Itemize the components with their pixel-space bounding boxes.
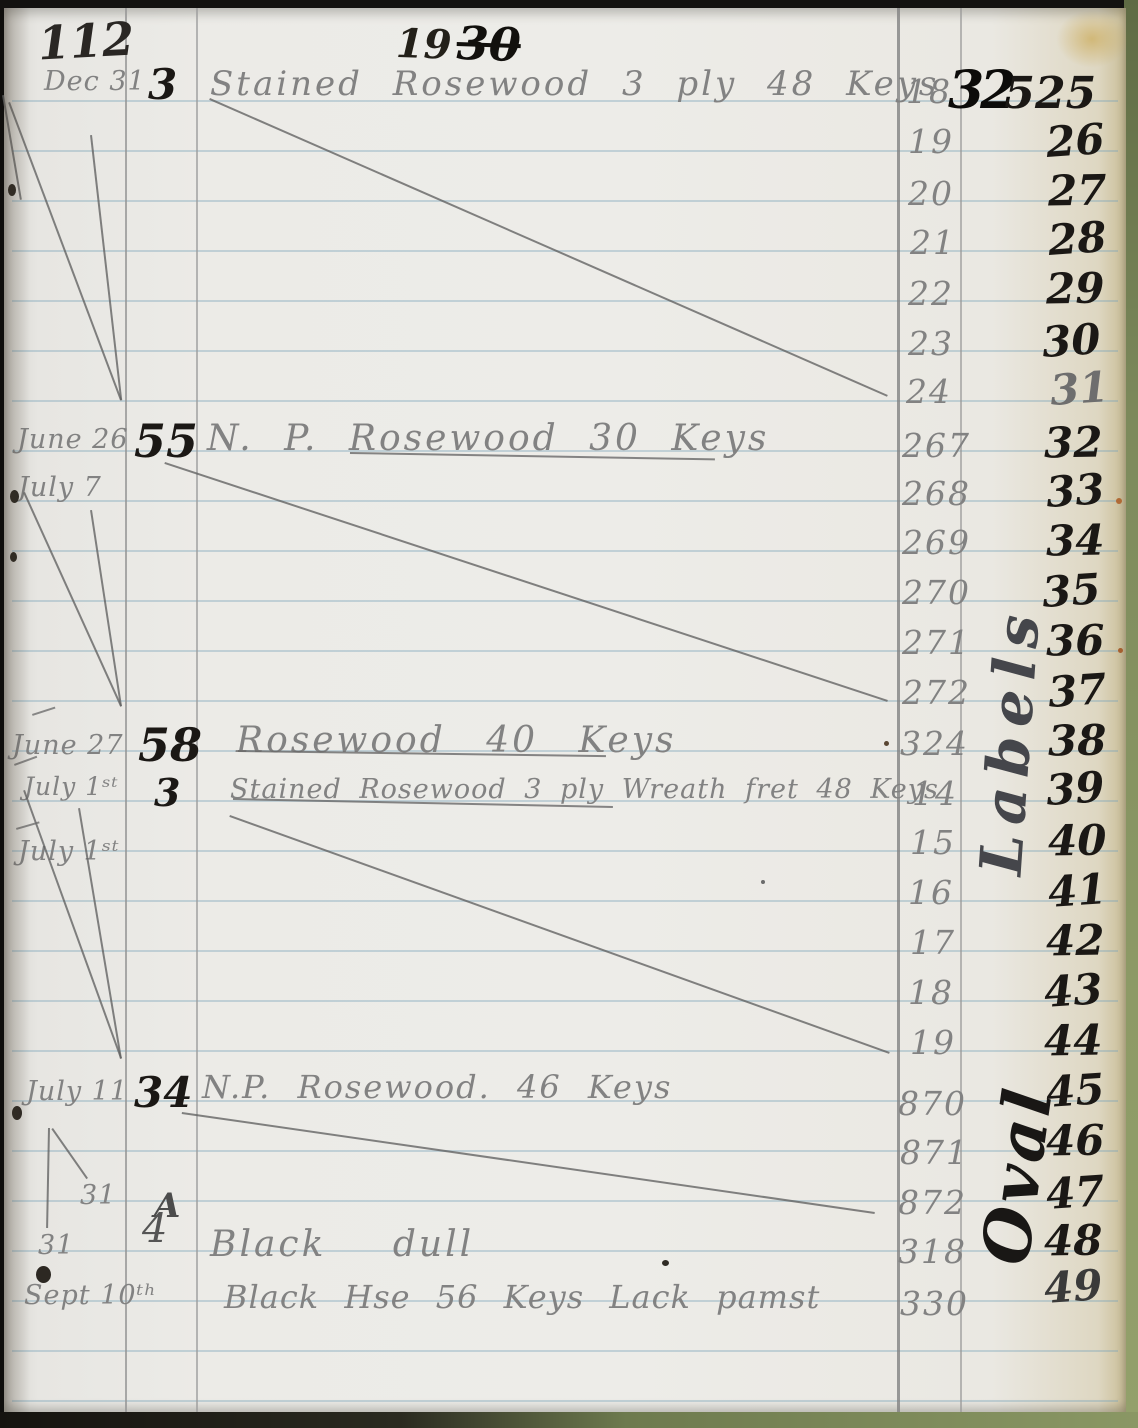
ledger-date: July 1ˢᵗ xyxy=(24,772,119,801)
serial-number: 23 xyxy=(908,324,954,363)
serial-number: 17 xyxy=(910,923,956,962)
ledger-date: Sept 10ᵗʰ xyxy=(24,1280,157,1311)
ditto-dash xyxy=(32,707,55,716)
serial-number: 22 xyxy=(908,274,954,313)
row-number: 36 xyxy=(1046,615,1105,665)
year-prefix: 19 xyxy=(395,20,452,69)
serial-number: 318 xyxy=(898,1232,967,1271)
binding-hole xyxy=(36,1266,51,1283)
serial-number: 324 xyxy=(900,724,969,763)
column-rule-date xyxy=(125,8,127,1412)
row-number: 37 xyxy=(1046,664,1108,717)
ruled-line xyxy=(12,400,1118,402)
row-number: 38 xyxy=(1048,715,1107,765)
row-number: 41 xyxy=(1046,864,1108,917)
binding-hole xyxy=(10,490,19,503)
ledger-date: June 26 xyxy=(17,424,129,455)
serial-number: 14 xyxy=(912,774,958,813)
serial-number: 871 xyxy=(900,1133,969,1172)
scan-bottom-edge xyxy=(0,1412,1138,1428)
serial-number: 870 xyxy=(898,1084,967,1123)
page-number: 112 xyxy=(37,12,136,71)
row-number: 40 xyxy=(1048,815,1107,865)
ink-fleck xyxy=(662,1260,669,1266)
row-number: 28 xyxy=(1046,212,1108,265)
row-number: 49 xyxy=(1042,1260,1104,1313)
serial-number: 24 xyxy=(906,372,952,411)
row-number: 44 xyxy=(1044,1015,1103,1065)
serial-number: 18 xyxy=(908,973,954,1012)
ledger-date: July 1ˢᵗ xyxy=(18,836,120,867)
pencil-line-margin xyxy=(2,95,22,200)
column-rule-quantity xyxy=(196,8,198,1412)
row-number: 29 xyxy=(1046,263,1105,313)
serial-number: 19 xyxy=(908,122,954,161)
pencil-line-margin xyxy=(23,790,122,1059)
serial-number: 271 xyxy=(902,623,971,662)
rust-spot xyxy=(1118,648,1123,653)
serial-number: 268 xyxy=(902,474,971,513)
row-number: 42 xyxy=(1046,915,1105,965)
ledger-date: June 27 xyxy=(12,730,124,761)
entry-description: Black dull xyxy=(210,1224,474,1265)
ink-fleck xyxy=(884,741,889,746)
serial-number: 18 xyxy=(906,72,952,111)
quantity-value: 3 xyxy=(148,60,177,109)
ledger-date: 31 xyxy=(80,1180,116,1211)
paper-stain xyxy=(1056,10,1128,68)
row-number-bold-overwrite: 32 xyxy=(948,60,1012,121)
serial-number: 267 xyxy=(902,426,971,465)
ink-fleck xyxy=(761,880,765,884)
pencil-line xyxy=(164,462,887,702)
row-number: 43 xyxy=(1042,964,1104,1017)
pencil-line xyxy=(182,1112,875,1214)
row-number-original: 525 xyxy=(1004,68,1096,119)
rust-spot xyxy=(1116,498,1122,504)
quantity-value: 3 xyxy=(154,770,180,815)
row-number: 27 xyxy=(1048,165,1107,215)
entry-description: Stained Rosewood 3 ply 48 Keys xyxy=(210,64,939,104)
quantity-value: 58 xyxy=(138,718,202,772)
row-number: 26 xyxy=(1044,114,1106,167)
serial-number: 270 xyxy=(902,573,971,612)
row-number: 39 xyxy=(1044,762,1106,815)
quantity-value: 55 xyxy=(134,414,198,468)
scan-right-edge xyxy=(1124,0,1138,1428)
serial-number: 21 xyxy=(910,223,956,262)
entry-description: N. P. Rosewood 30 Keys xyxy=(207,418,769,459)
serial-number: 272 xyxy=(902,673,971,712)
binding-hole xyxy=(12,1106,22,1120)
ledger-date: Dec 31 xyxy=(44,66,146,97)
ledger-date: July 11 xyxy=(26,1076,128,1107)
serial-number: 330 xyxy=(900,1284,969,1323)
row-number: 48 xyxy=(1044,1215,1103,1265)
serial-number: 20 xyxy=(908,174,954,213)
row-number-overwritten: 32525 xyxy=(948,60,1096,121)
ledger-date: 31 xyxy=(38,1230,74,1261)
serial-number: 269 xyxy=(902,523,971,562)
ledger-scan: 112 19 30 Dec 31 3 Stained Rosewood 3 pl… xyxy=(0,0,1138,1428)
entry-description: N.P. Rosewood. 46 Keys xyxy=(202,1068,672,1106)
pencil-line-margin xyxy=(51,1128,88,1179)
ledger-date: July 7 xyxy=(18,472,102,503)
binding-hole xyxy=(8,184,16,196)
serial-number: 19 xyxy=(910,1023,956,1062)
serial-number: 15 xyxy=(910,823,956,862)
serial-number: 872 xyxy=(898,1183,967,1222)
pencil-line-margin xyxy=(46,1128,50,1228)
ruled-line xyxy=(12,1400,1118,1402)
quantity-value: 4 xyxy=(142,1206,167,1252)
quantity-value: 34 xyxy=(134,1068,192,1117)
serial-number: 16 xyxy=(908,873,954,912)
binding-hole xyxy=(10,552,17,562)
ledger-page: 112 19 30 Dec 31 3 Stained Rosewood 3 pl… xyxy=(4,8,1126,1412)
entry-description: Black Hse 56 Keys Lack pamst xyxy=(224,1278,820,1316)
row-number: 30 xyxy=(1040,314,1102,367)
ruled-line xyxy=(12,1350,1118,1352)
